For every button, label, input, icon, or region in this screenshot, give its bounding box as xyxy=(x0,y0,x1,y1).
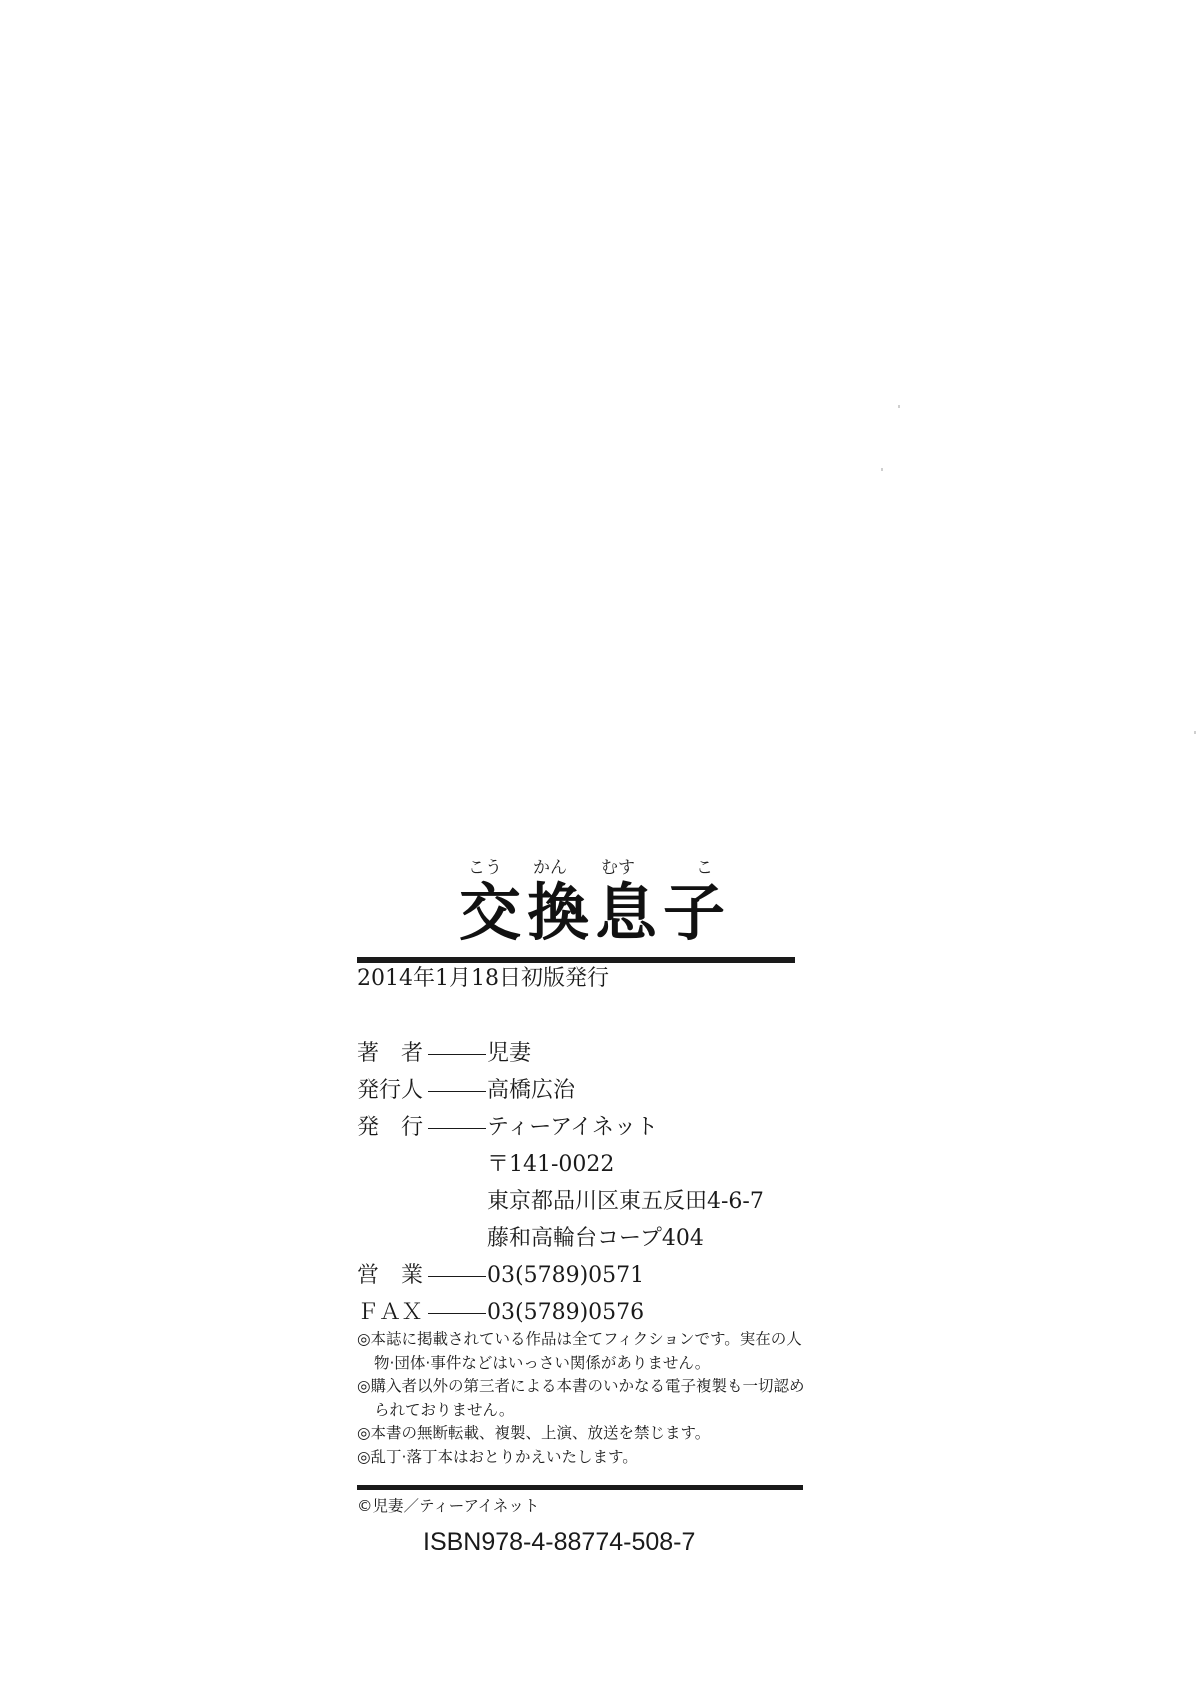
title-furigana: こ xyxy=(696,858,713,878)
credit-value: 東京都品川区東五反田4-6-7 xyxy=(487,1183,764,1220)
dash-line xyxy=(427,1109,487,1146)
dash-line xyxy=(427,1035,487,1072)
copyright-line: ©児妻／ティーアイネット xyxy=(357,1495,539,1517)
edition-date: 2014年1月18日初版発行 xyxy=(357,965,609,993)
divider-bottom xyxy=(357,1485,803,1490)
address-line-1: 東京都品川区東五反田4-6-7 xyxy=(357,1183,764,1220)
scan-speck xyxy=(1194,731,1196,734)
book-title: 交換息子 xyxy=(459,880,731,946)
credit-publisher-person: 発行人 高橋広治 xyxy=(357,1072,764,1109)
credit-label: ＦＡＸ xyxy=(357,1294,427,1331)
credit-sales-phone: 営 業 03(5789)0571 xyxy=(357,1257,764,1294)
credit-value: 03(5789)0571 xyxy=(487,1257,644,1294)
notice-digital-copy: ◎購入者以外の第三者による本書のいかなる電子複製も一切認められておりません。 xyxy=(357,1375,814,1422)
title-furigana: かん xyxy=(533,858,567,878)
credit-value: 児妻 xyxy=(487,1035,531,1072)
title-furigana: こう xyxy=(468,858,502,878)
address-line-2: 藤和高輪台コープ404 xyxy=(357,1220,764,1257)
title-furigana: むす xyxy=(601,858,635,878)
address-postal-code: 〒141-0022 xyxy=(357,1146,764,1183)
dash-spacer xyxy=(427,1146,487,1183)
credit-value: 〒141-0022 xyxy=(487,1146,614,1183)
dash-line xyxy=(427,1072,487,1109)
credit-value: 03(5789)0576 xyxy=(487,1294,644,1331)
notice-reproduction: ◎本書の無断転載、複製、上演、放送を禁じます。 xyxy=(357,1422,814,1446)
credit-label: 発行人 xyxy=(357,1072,427,1109)
scan-speck xyxy=(898,405,900,408)
notices-list: ◎本誌に掲載されている作品は全てフィクションです。実在の人物·団体·事件などはい… xyxy=(357,1328,814,1469)
credit-value: 藤和高輪台コープ404 xyxy=(487,1220,704,1257)
credits-list: 著 者 児妻 発行人 高橋広治 発 行 ティーアイネット 〒141-0022 東… xyxy=(357,1035,764,1331)
dash-line xyxy=(427,1294,487,1331)
dash-line xyxy=(427,1257,487,1294)
dash-spacer xyxy=(427,1183,487,1220)
divider-top xyxy=(357,957,795,963)
notice-misprint: ◎乱丁·落丁本はおとりかえいたします。 xyxy=(357,1446,814,1470)
credit-value: 高橋広治 xyxy=(487,1072,575,1109)
credit-author: 著 者 児妻 xyxy=(357,1035,764,1072)
credit-publisher: 発 行 ティーアイネット xyxy=(357,1109,764,1146)
credit-label: 著 者 xyxy=(357,1035,427,1072)
credit-label: 発 行 xyxy=(357,1109,427,1146)
notice-fiction: ◎本誌に掲載されている作品は全てフィクションです。実在の人物·団体·事件などはい… xyxy=(357,1328,814,1375)
scan-speck xyxy=(881,468,883,471)
credit-label: 営 業 xyxy=(357,1257,427,1294)
dash-spacer xyxy=(427,1220,487,1257)
credit-value: ティーアイネット xyxy=(487,1109,658,1146)
credit-fax: ＦＡＸ 03(5789)0576 xyxy=(357,1294,764,1331)
isbn-number: ISBN978-4-88774-508-7 xyxy=(423,1526,695,1558)
